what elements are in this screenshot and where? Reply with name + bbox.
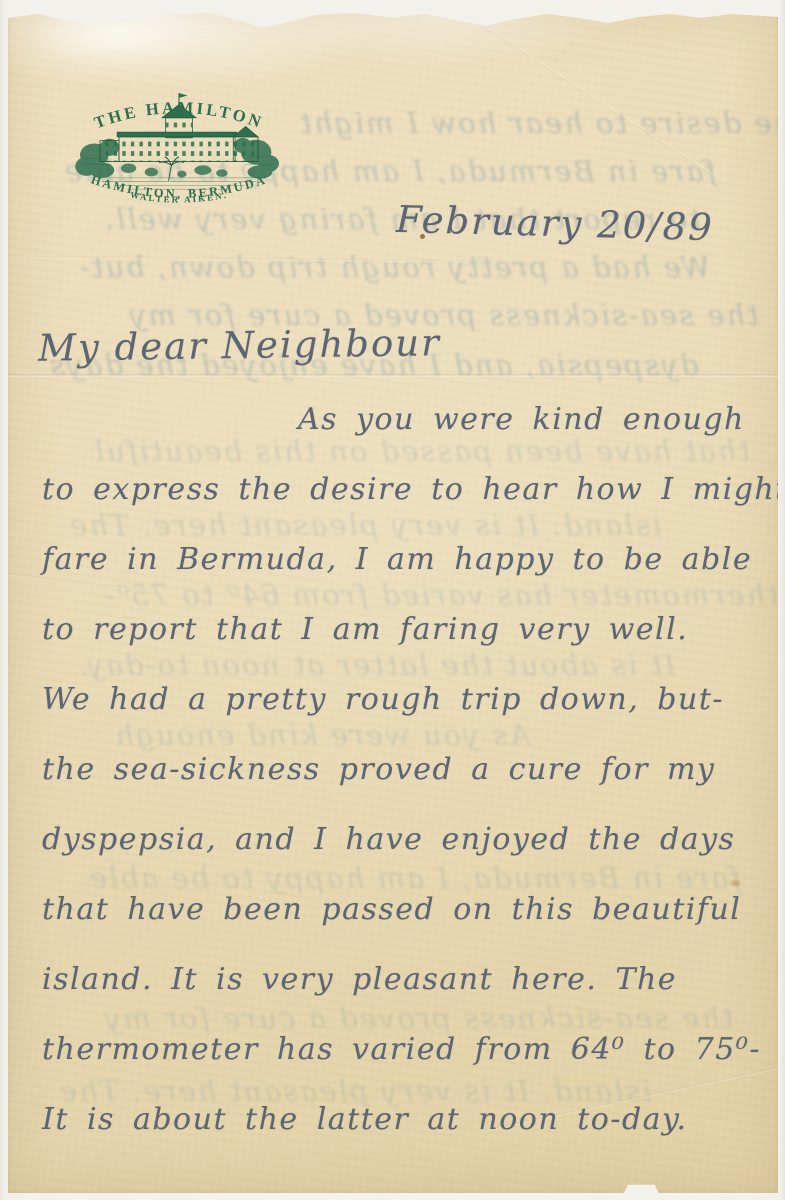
- paper-crease: [8, 374, 778, 377]
- letter-line: As you were kind enough: [42, 402, 762, 472]
- letterhead: THE HAMILTON: [60, 82, 298, 226]
- hotel-engraving: THE HAMILTON: [60, 82, 298, 226]
- letter-line: island. It is very pleasant here. The: [42, 962, 762, 1032]
- letter-body: As you were kind enough to express the d…: [42, 402, 762, 1172]
- hotel-engraving-art: [75, 93, 279, 189]
- letter-page: to express the desire to hear how I migh…: [8, 6, 778, 1193]
- letter-line: dyspepsia, and I have enjoyed the days: [42, 822, 762, 892]
- showthrough-text: to express the desire to hear how I migh…: [298, 106, 778, 140]
- paper-crease: [423, 6, 726, 184]
- letter-line: fare in Bermuda, I am happy to be able: [42, 542, 762, 612]
- date-line: February 20/89: [395, 198, 714, 249]
- letter-line: to report that I am faring very well.: [42, 612, 762, 682]
- paper-crease: [8, 256, 470, 263]
- salutation: My dear Neighbour: [38, 321, 441, 370]
- letter-line: We had a pretty rough trip down, but-: [42, 682, 762, 752]
- letter-line: that have been passed on this beautiful: [42, 892, 762, 962]
- letter-line: to express the desire to hear how I migh…: [42, 472, 762, 542]
- letter-line: It is about the latter at noon to-day.: [42, 1102, 762, 1172]
- letter-line: thermometer has varied from 64⁰ to 75⁰-: [42, 1032, 762, 1102]
- letter-line: the sea-sickness proved a cure for my: [42, 752, 762, 822]
- showthrough-text: We had a pretty rough trip down, but-: [78, 250, 710, 284]
